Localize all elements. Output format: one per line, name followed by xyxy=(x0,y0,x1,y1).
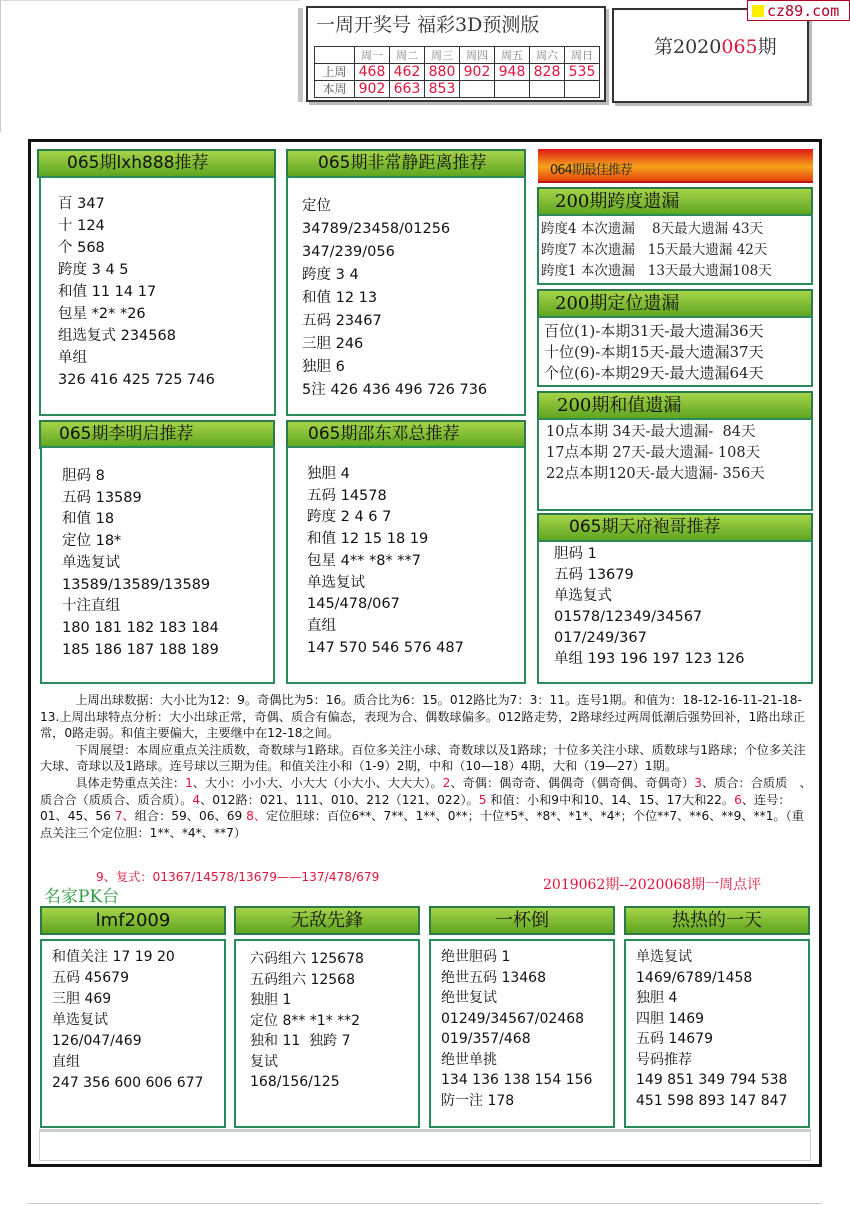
panel-header-dingwei-miss: 200期定位遗漏 xyxy=(537,289,813,318)
focus-index: 6 xyxy=(734,793,742,807)
draw-number xyxy=(565,81,600,98)
draw-number: 468 xyxy=(355,64,390,81)
panel-dingwei-miss: 百位(1)-本期31天-最大遗漏36天 十位(9)-本期15天-最大遗漏37天 … xyxy=(537,316,813,387)
panel-feichang: 定位 34789/23458/01256 347/239/056 跨度 3 4 … xyxy=(286,176,526,416)
table-row: 本周 902 663 853 xyxy=(315,81,600,98)
panel-feichang-body: 定位 34789/23458/01256 347/239/056 跨度 3 4 … xyxy=(302,195,487,402)
pk-section-title: 名家PK台 xyxy=(44,882,119,907)
focus-text: 组合：59、06、69 xyxy=(135,809,246,823)
bottom-empty-box xyxy=(39,1129,811,1161)
panel-limingqi-body: 胆码 8 五码 13589 和值 18 定位 18* 单选复试 13589/13… xyxy=(62,466,219,661)
day-header: 周二 xyxy=(390,47,425,64)
focus-text: 、大小：小小大、小大大（小大小、大大大）。 xyxy=(193,776,443,790)
pk-panel-lmf2009: 和值关注 17 19 20 五码 45679 三胆 469 单选复试 126/0… xyxy=(40,939,226,1128)
panel-shaodong-body: 独胆 4 五码 14578 跨度 2 4 6 7 和值 12 15 18 19 … xyxy=(307,464,464,659)
draw-number: 535 xyxy=(565,64,600,81)
focus-index: 1 xyxy=(185,776,193,790)
panel-shaodong: 独胆 4 五码 14578 跨度 2 4 6 7 和值 12 15 18 19 … xyxy=(286,446,526,684)
frame-edge xyxy=(0,0,4,132)
pk-header-rere: 热热的一天 xyxy=(624,906,810,935)
pk-panel-wudi-body: 六码组六 125678 五码组六 12568 独胆 1 定位 8** *1* *… xyxy=(250,949,364,1093)
day-header: 周日 xyxy=(565,47,600,64)
bottom-divider xyxy=(28,1203,822,1204)
panel-dingwei-miss-body: 百位(1)-本期31天-最大遗漏36天 十位(9)-本期15天-最大遗漏37天 … xyxy=(544,321,764,384)
draw-number: 663 xyxy=(390,81,425,98)
weekly-review-link[interactable]: 2019062期--2020068期一周点评 xyxy=(543,874,761,894)
weekly-draw-title: 一周开奖号 福彩3D预测版 xyxy=(316,10,539,37)
panel-header-kuadu-miss: 200期跨度遗漏 xyxy=(537,187,813,216)
pk-panel-wudi: 六码组六 125678 五码组六 12568 独胆 1 定位 8** *1* *… xyxy=(234,939,420,1128)
focus-index: 4 xyxy=(192,793,200,807)
draw-number: 948 xyxy=(495,64,530,81)
panel-header-tianfu: 065期天府袍哥推荐 xyxy=(537,513,813,542)
analysis-last-week: 上周出球数据：大小比为12：9。奇偶比为5：16。质合比为6：15。012路比为… xyxy=(40,692,812,742)
panel-header-feichang: 065期非常静距离推荐 xyxy=(286,149,526,178)
day-header: 周六 xyxy=(530,47,565,64)
draw-number xyxy=(495,81,530,98)
panel-hezhi-miss-body: 10点本期 34天-最大遗漏- 84天 17点本期 27天-最大遗漏- 108天… xyxy=(546,422,765,485)
table-header-row: 周一 周二 周三 周四 周五 周六 周日 xyxy=(315,47,600,64)
day-header: 周一 xyxy=(355,47,390,64)
focus-index: 5 xyxy=(479,793,487,807)
panel-header-hezhi-miss: 200期和值遗漏 xyxy=(537,391,813,420)
focus-index: 7、 xyxy=(115,809,135,823)
card-shadow xyxy=(298,8,303,102)
panel-tianfu: 胆码 1 五码 13679 单选复式 01578/12349/34567 017… xyxy=(537,540,813,684)
pk-header-yibeidao: 一杯倒 xyxy=(429,906,615,935)
panel-tianfu-body: 胆码 1 五码 13679 单选复式 01578/12349/34567 017… xyxy=(554,544,744,670)
panel-lxh888: 百 347 十 124 个 568 跨度 3 4 5 和值 11 14 17 包… xyxy=(39,176,276,416)
weekly-analysis: 上周出球数据：大小比为12：9。奇偶比为5：16。质合比为6：15。012路比为… xyxy=(40,692,812,841)
issue-prefix: 第2020 xyxy=(654,36,721,58)
focus-text: 、012路：021、111、010、212（121、022）。 xyxy=(200,793,479,807)
focus-text: 具体走势重点关注： xyxy=(75,776,185,790)
pk-panel-yibeidao: 绝世胆码 1 绝世五码 13468 绝世复试 01249/34567/02468… xyxy=(429,939,615,1128)
analysis-next-week: 下周展望：本周应重点关注质数，奇数球与1路球。百位多关注小球、奇数球以及1路球；… xyxy=(40,742,812,775)
corner-cell xyxy=(315,47,355,64)
draw-number xyxy=(460,81,495,98)
focus-index: 3 xyxy=(694,776,702,790)
frame-edge-top xyxy=(0,0,300,1)
pk-panel-rere-body: 单选复试 1469/6789/1458 独胆 4 四胆 1469 五码 1467… xyxy=(636,947,787,1111)
issue-number: 第2020065期 xyxy=(654,32,777,59)
issue-suffix: 期 xyxy=(758,36,777,58)
row-label: 上周 xyxy=(315,64,355,81)
draw-number: 902 xyxy=(460,64,495,81)
site-badge-text: cz89.com xyxy=(767,2,839,20)
focus-text: 、奇偶：偶奇奇、偶偶奇（偶奇偶、奇偶奇） xyxy=(450,776,694,790)
focus-index: 8、 xyxy=(246,809,266,823)
day-header: 周三 xyxy=(425,47,460,64)
weekly-draw-table: 周一 周二 周三 周四 周五 周六 周日 上周 468 462 880 902 … xyxy=(314,46,600,98)
draw-number xyxy=(530,81,565,98)
best-recommend-header: 064期最佳推荐 xyxy=(538,149,813,183)
panel-header-lxh888: 065期lxh888推荐 xyxy=(37,149,276,178)
analysis-fushi: 9、复式：01367/14578/13679——137/478/679 xyxy=(96,869,379,886)
analysis-focus: 具体走势重点关注：1、大小：小小大、小大大（小大小、大大大）。2、奇偶：偶奇奇、… xyxy=(40,775,812,841)
pk-header-lmf2009: lmf2009 xyxy=(40,906,226,935)
pk-panel-yibeidao-body: 绝世胆码 1 绝世五码 13468 绝世复试 01249/34567/02468… xyxy=(441,947,592,1111)
focus-text: 和值：小和9中和10、14、15、17大和22。 xyxy=(487,793,735,807)
draw-number: 880 xyxy=(425,64,460,81)
issue-number-highlight: 065 xyxy=(721,36,757,58)
issue-card: 第2020065期 xyxy=(612,8,809,103)
panel-header-shaodong: 065期邵东邓总推荐 xyxy=(286,420,526,449)
panel-kuadu-miss: 跨度4 本次遗漏 8天最大遗漏 43天 跨度7 本次遗漏 15天最大遗漏 42天… xyxy=(537,214,813,285)
draw-number: 462 xyxy=(390,64,425,81)
weekly-draw-card: 一周开奖号 福彩3D预测版 周一 周二 周三 周四 周五 周六 周日 上周 46… xyxy=(306,6,606,102)
draw-number: 853 xyxy=(425,81,460,98)
panel-header-limingqi: 065期李明启推荐 xyxy=(39,420,275,449)
panel-limingqi: 胆码 8 五码 13589 和值 18 定位 18* 单选复试 13589/13… xyxy=(40,446,275,684)
pk-header-wudi: 无敌先鋒 xyxy=(234,906,420,935)
table-row: 上周 468 462 880 902 948 828 535 xyxy=(315,64,600,81)
day-header: 周四 xyxy=(460,47,495,64)
panel-kuadu-miss-body: 跨度4 本次遗漏 8天最大遗漏 43天 跨度7 本次遗漏 15天最大遗漏 42天… xyxy=(541,219,772,282)
pk-panel-rere: 单选复试 1469/6789/1458 独胆 4 四胆 1469 五码 1467… xyxy=(624,939,810,1128)
best-recommend-title: 064期最佳推荐 xyxy=(550,159,632,178)
panel-lxh888-body: 百 347 十 124 个 568 跨度 3 4 5 和值 11 14 17 包… xyxy=(58,193,215,391)
day-header: 周五 xyxy=(495,47,530,64)
draw-number: 902 xyxy=(355,81,390,98)
pk-panel-lmf2009-body: 和值关注 17 19 20 五码 45679 三胆 469 单选复试 126/0… xyxy=(52,947,203,1094)
site-badge[interactable]: cz89.com xyxy=(747,0,850,21)
draw-number: 828 xyxy=(530,64,565,81)
badge-square-icon xyxy=(752,5,764,17)
panel-hezhi-miss: 10点本期 34天-最大遗漏- 84天 17点本期 27天-最大遗漏- 108天… xyxy=(537,418,813,511)
row-label: 本周 xyxy=(315,81,355,98)
